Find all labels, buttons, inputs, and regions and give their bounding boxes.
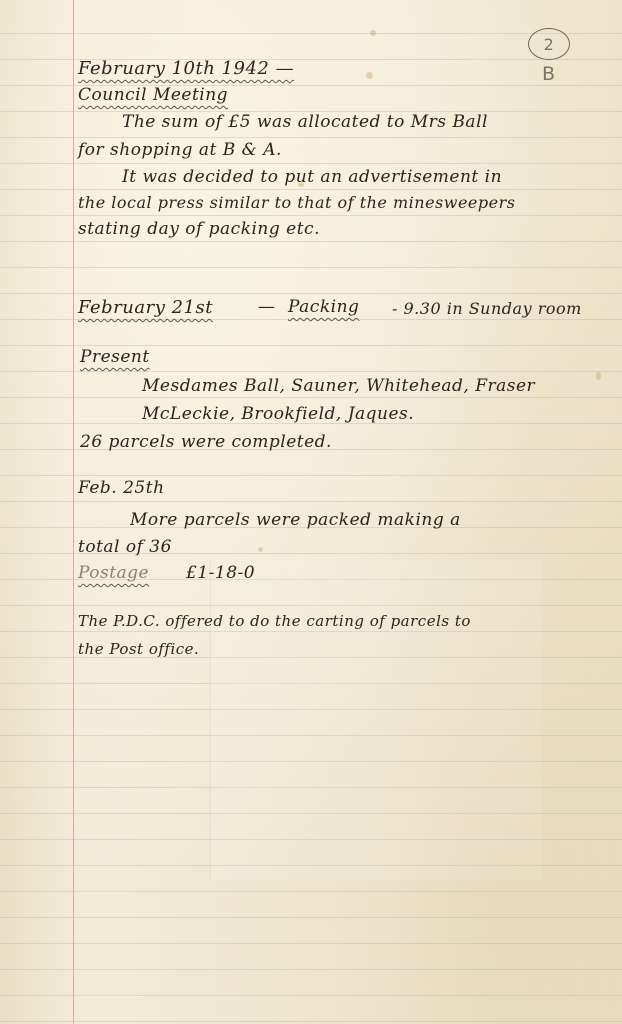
- entry-3-postage-value: £1-18-0: [186, 563, 255, 583]
- page-number-text: 2: [544, 35, 555, 54]
- entry-1-heading: Council Meeting: [78, 85, 228, 105]
- entry-1-line-5: stating day of packing etc.: [78, 219, 320, 239]
- entry-2-date: February 21st: [78, 297, 213, 318]
- entry-3-line-2: total of 36: [78, 537, 172, 557]
- page-number-circled: 2: [528, 28, 570, 60]
- page-letter: B: [542, 63, 556, 85]
- entry-4-line-1: The P.D.C. offered to do the carting of …: [78, 612, 471, 630]
- entry-1-line-1: The sum of £5 was allocated to Mrs Ball: [122, 112, 488, 132]
- entry-1-line-4: the local press similar to that of the m…: [78, 193, 515, 212]
- entry-2-present-label: Present: [80, 347, 150, 367]
- entry-1-line-2: for shopping at B & A.: [78, 140, 282, 160]
- entry-2-dash: —: [258, 297, 276, 317]
- paper-stain: [370, 30, 376, 36]
- entry-2-line-2: McLeckie, Brookfield, Jaques.: [142, 404, 414, 424]
- entry-1-line-3: It was decided to put an advertisement i…: [122, 167, 502, 187]
- paper-fold-shadow: [210, 560, 541, 880]
- paper-stain: [596, 372, 601, 380]
- paper-stain: [366, 72, 373, 79]
- entry-3-line-1: More parcels were packed making a: [130, 510, 461, 530]
- entry-3-date: Feb. 25th: [78, 478, 165, 498]
- entry-2-heading: Packing: [288, 297, 359, 317]
- entry-3-postage-label: Postage: [78, 563, 149, 583]
- entry-2-detail: - 9.30 in Sunday room: [392, 299, 582, 318]
- entry-2-line-3: 26 parcels were completed.: [80, 432, 332, 452]
- paper-stain: [258, 547, 263, 552]
- entry-1-date: February 10th 1942 —: [78, 58, 294, 79]
- entry-4-line-2: the Post office.: [78, 640, 199, 658]
- document-page: 2 B February 10th 1942 — Council Meeting…: [0, 0, 622, 1024]
- entry-2-line-1: Mesdames Ball, Sauner, Whitehead, Fraser: [142, 376, 535, 396]
- margin-line: [73, 0, 74, 1024]
